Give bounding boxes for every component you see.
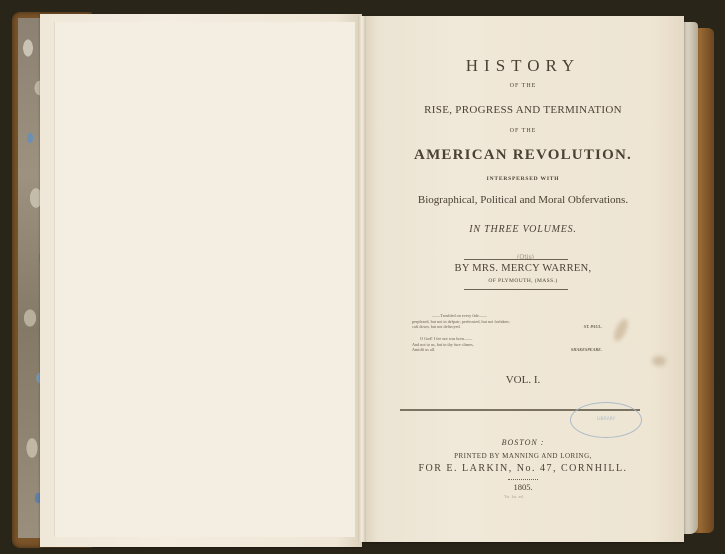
year-rule	[508, 479, 538, 480]
foxing-stain	[611, 317, 630, 343]
book-gutter	[358, 16, 366, 542]
title-of-the-2: OF THE	[362, 128, 684, 134]
title-interspersed: INTERSPERSED WITH	[362, 176, 684, 182]
manuscript-note: (Otis)	[517, 254, 534, 261]
imprint-publisher: FOR E. LARKIN, No. 47, CORNHILL.	[362, 463, 684, 474]
volume-number: VOL. I.	[362, 374, 684, 386]
foxing-stain	[652, 356, 666, 366]
author-line: BY MRS. MERCY WARREN,	[362, 263, 684, 274]
imprint-city: BOSTON :	[362, 438, 684, 447]
library-stamp: LIBRARY	[570, 402, 642, 438]
epigraph2-attribution: SHAKESPEARE.	[571, 347, 602, 353]
pencil-note: Va. 1st. ed.	[504, 494, 524, 499]
epigraph1-attribution: ST. PAUL.	[584, 324, 602, 330]
epigraph-shakespeare: O God! I fee not was born—— And not to u…	[412, 336, 602, 353]
blank-leaf	[54, 22, 355, 537]
volumes-note: IN THREE VOLUMES.	[362, 224, 684, 235]
book-photo: HISTORY OF THE RISE, PROGRESS AND TERMIN…	[0, 0, 725, 554]
imprint-year: 1805.	[362, 482, 684, 492]
subtitle: Biographical, Political and Moral Obferv…	[362, 194, 684, 206]
author-place: OF PLYMOUTH, (MASS.)	[362, 278, 684, 284]
epigraph1-line3: caft down, but not deftroyed.	[412, 324, 602, 330]
imprint-printer: PRINTED BY MANNING AND LORING,	[362, 452, 684, 460]
epigraph-st-paul: ——Troubled on every fide—— perplexed, bu…	[412, 313, 602, 330]
author-rule-bottom	[464, 289, 568, 290]
title-of-the-1: OF THE	[362, 83, 684, 89]
author-rule-top	[464, 259, 568, 260]
title-history: HISTORY	[362, 56, 684, 76]
left-flyleaf-page	[40, 14, 362, 547]
title-page: HISTORY OF THE RISE, PROGRESS AND TERMIN…	[362, 16, 684, 542]
title-rise-progress: RISE, PROGRESS AND TERMINATION	[362, 104, 684, 116]
title-american-revolution: AMERICAN REVOLUTION.	[362, 147, 684, 164]
